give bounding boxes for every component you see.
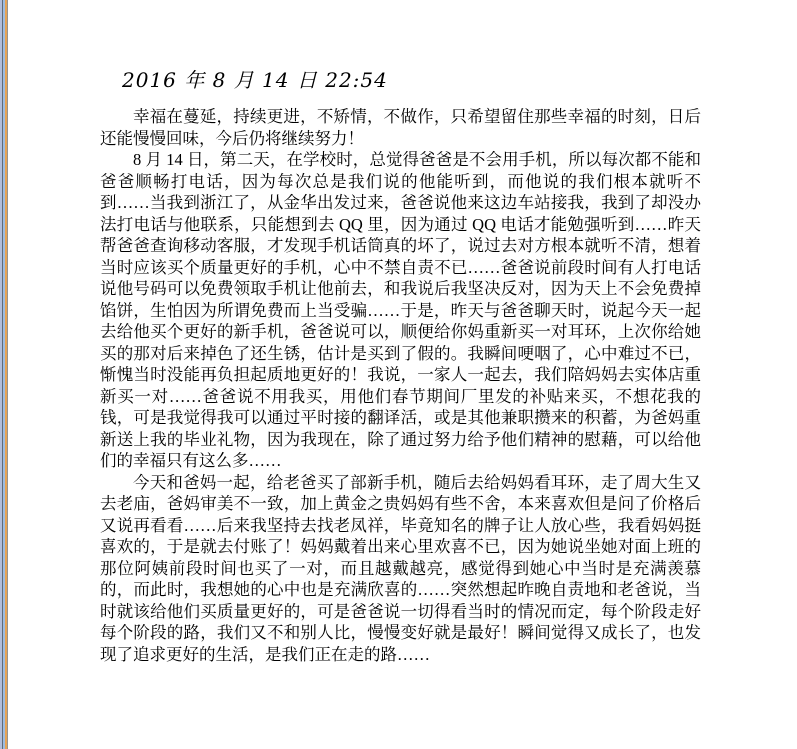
diary-paragraph: 今天和爸妈一起，给老爸买了部新手机，随后去给妈妈看耳环，走了周大生又去老庙，爸妈…: [100, 472, 701, 666]
date-heading: 2016 年 8 月 14 日 22:54: [122, 68, 701, 92]
diary-paragraph: 8 月 14 日，第二天，在学校时，总觉得爸爸是不会用手机，所以每次都不能和爸爸…: [100, 149, 701, 472]
edge-stripe-gray: [7, 0, 8, 749]
document-page: 2016 年 8 月 14 日 22:54 幸福在蔓延，持续更进，不矫情，不做作…: [0, 0, 797, 749]
diary-body: 幸福在蔓延，持续更进，不矫情，不做作，只希望留住那些幸福的时刻，日后还能慢慢回味…: [100, 106, 701, 665]
window-edge-stripes: [0, 0, 8, 749]
diary-paragraph: 幸福在蔓延，持续更进，不矫情，不做作，只希望留住那些幸福的时刻，日后还能慢慢回味…: [100, 106, 701, 149]
document-text-area: 2016 年 8 月 14 日 22:54 幸福在蔓延，持续更进，不矫情，不做作…: [100, 68, 701, 665]
